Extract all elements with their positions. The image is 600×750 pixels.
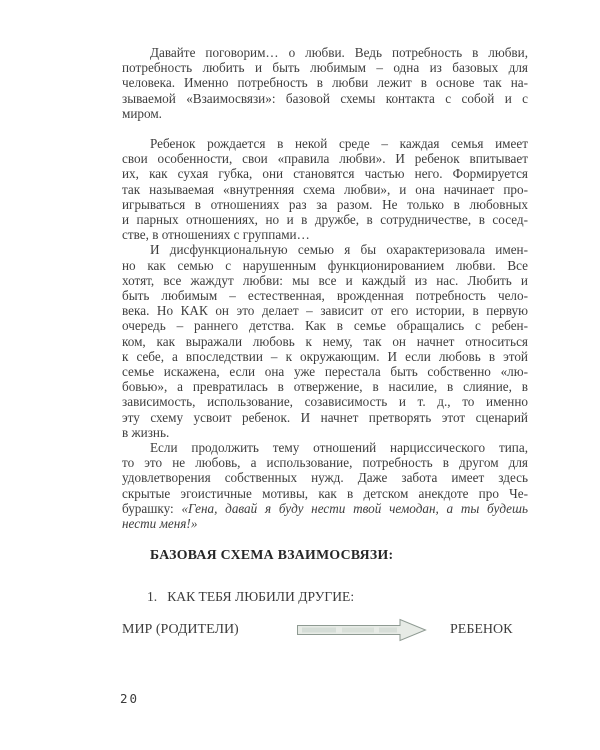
list-item-1: 1.КАК ТЕБЯ ЛЮБИЛИ ДРУГИЕ: [147,589,354,605]
paragraph: Давайте поговорим… о любви. Ведь потребн… [122,45,528,121]
text-line: их, как сухая губка, они становятся част… [122,166,528,181]
arrow-right-icon [297,618,427,642]
text-line: и парных отношениях, но и в дружбе, в со… [122,212,528,227]
text-line: Если продолжить тему отношений нарциссич… [122,440,528,455]
text-line: игрываться в отношениях раз за разом. Не… [122,197,528,212]
quote-italic-text: «Гена, давай я буду нести твой чемодан, … [181,501,528,516]
text-line: Ребенок рождается в некой среде – каждая… [122,136,528,151]
text-line: хотят, все жаждут любви: мы все и каждый… [122,273,528,288]
paragraph: Если продолжить тему отношений нарциссич… [122,440,528,531]
page-number: 20 [120,691,139,706]
relationship-diagram: МИР (РОДИТЕЛИ) РЕБЕНОК [122,615,528,645]
text-line: эту схему усвоит ребенок. И начнет претв… [122,410,528,425]
text-line: свои особенности, свои «правила любви». … [122,151,528,166]
quote-italic-text: нести меня!» [122,516,197,531]
text-line: миром. [122,106,528,121]
text-line: но как семью с нарушенным функционирован… [122,258,528,273]
diagram-target-label: РЕБЕНОК [450,622,513,638]
text-line: бурашку: «Гена, давай я буду нести твой … [122,501,528,516]
text-line: века. Но КАК он это делает – зависит от … [122,303,528,318]
text-line: потребность любить и быть любимым – одна… [122,60,528,75]
text-line: очередь – раннего детства. Как в семье о… [122,318,528,333]
text-line: зываемой «Взаимосвязи»: базовой схемы ко… [122,91,528,106]
body-text: Давайте поговорим… о любви. Ведь потребн… [122,45,528,531]
text-line: скрытые эгоистичные мотивы, как в детско… [122,486,528,501]
paragraph: Ребенок рождается в некой среде – каждая… [122,136,528,242]
text-line: И дисфункциональную семью я бы охарактер… [122,242,528,257]
text-line: зависимость, использование, созависимост… [122,394,528,409]
paragraph: И дисфункциональную семью я бы охарактер… [122,242,528,440]
list-item-number: 1. [147,589,157,604]
text-line: в жизнь. [122,425,528,440]
text-segment: бурашку: [122,501,181,516]
list-item-label: КАК ТЕБЯ ЛЮБИЛИ ДРУГИЕ: [167,589,354,604]
text-line: ком, как выражали любовь к нему, так он … [122,334,528,349]
text-line: к себе, а впоследствии – к окружающим. И… [122,349,528,364]
diagram-source-label: МИР (РОДИТЕЛИ) [122,622,239,638]
text-line: то это не любовь, а использование, потре… [122,455,528,470]
text-line: удовлетворения собственных нужд. Даже за… [122,470,528,485]
section-heading: БАЗОВАЯ СХЕМА ВЗАИМОСВЯЗИ: [150,547,393,563]
text-line: Давайте поговорим… о любви. Ведь потребн… [122,45,528,60]
text-line: так называемая «внутренняя схема любви»,… [122,182,528,197]
text-line: бовью», а превратилась в отвержение, в н… [122,379,528,394]
text-line: стве, в отношениях с группами… [122,227,528,242]
text-line: нести меня!» [122,516,528,531]
text-line: быть любимым – естественная, врожденная … [122,288,528,303]
book-page: Давайте поговорим… о любви. Ведь потребн… [0,0,600,750]
text-line: человека. Именно потребность в любви леж… [122,75,528,90]
text-line: семье искажена, если она уже перестала б… [122,364,528,379]
